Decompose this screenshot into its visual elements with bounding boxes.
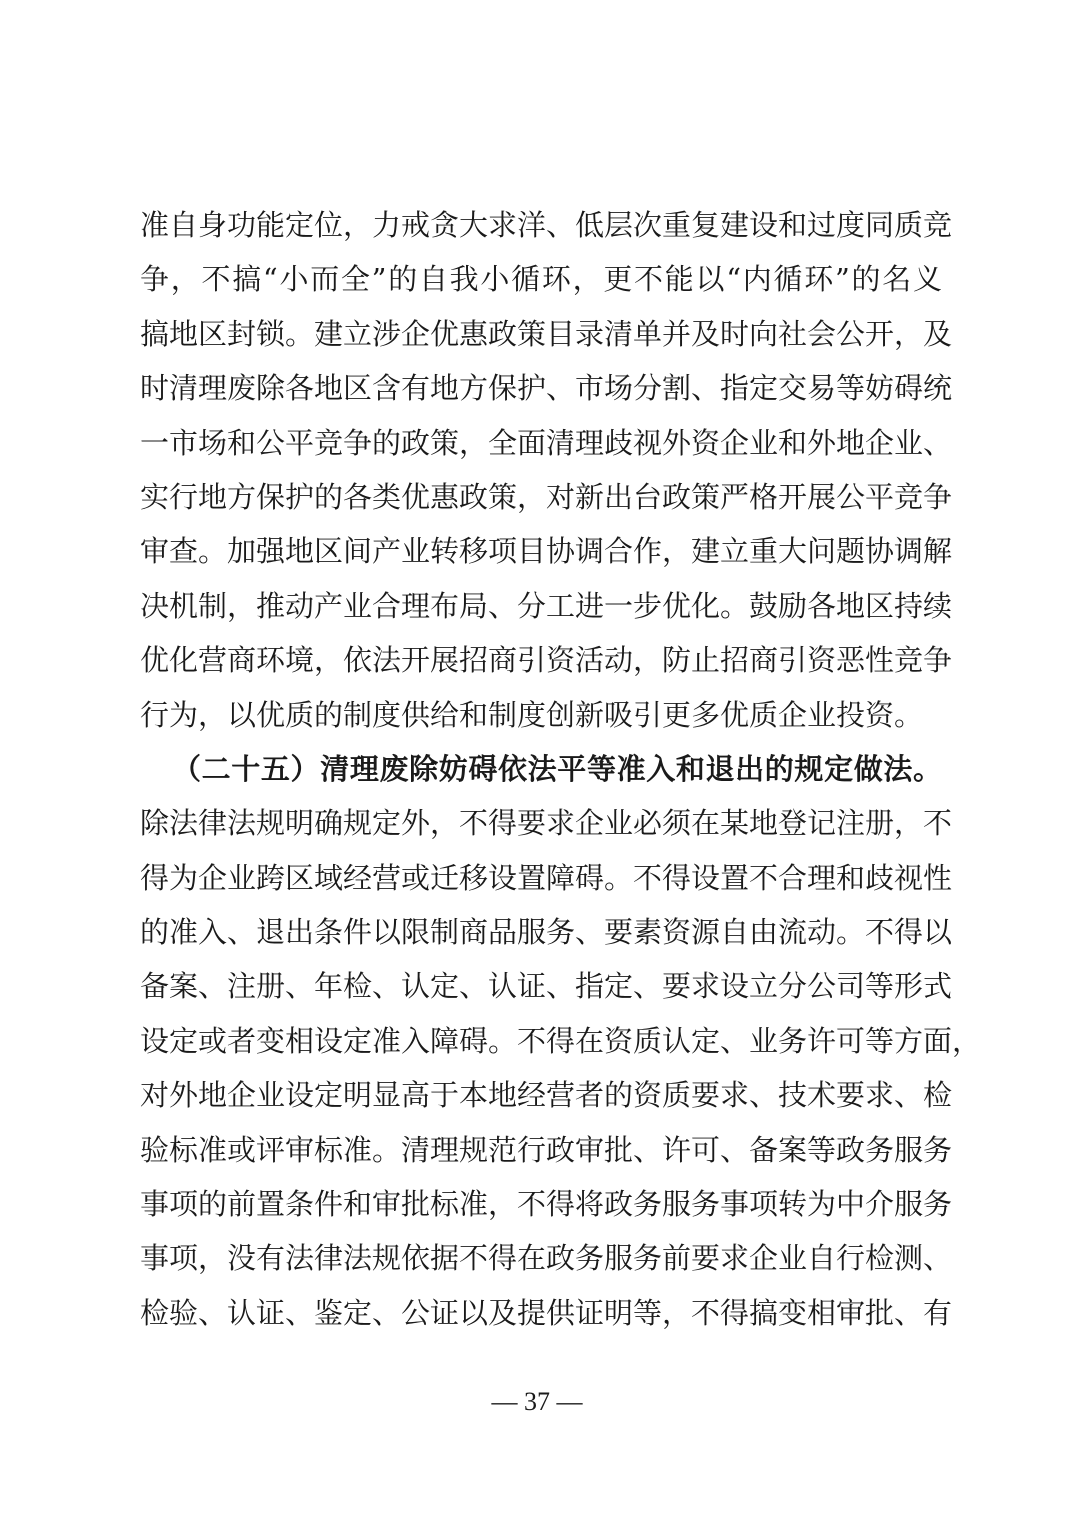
- text-line: 对外地企业设定明显高于本地经营者的资质要求、技术要求、检: [140, 1072, 942, 1126]
- text-line: 除法律法规明确规定外，不得要求企业必须在某地登记注册，不: [140, 800, 942, 854]
- text-line: 备案、注册、年检、认定、认证、指定、要求设立分公司等形式: [140, 963, 942, 1017]
- text-line: 得为企业跨区域经营或迁移设置障碍。不得设置不合理和歧视性: [140, 855, 942, 909]
- text-line: 一市场和公平竞争的政策，全面清理歧视外资企业和外地企业、: [140, 420, 942, 474]
- text-line: 验标准或评审标准。清理规范行政审批、许可、备案等政务服务: [140, 1127, 942, 1181]
- section-heading: （二十五）清理废除妨碍依法平等准入和退出的规定做法。: [140, 746, 942, 800]
- text-line: 行为，以优质的制度供给和制度创新吸引更多优质企业投资。: [140, 692, 942, 746]
- text-line: 争，不搞“小而全”的自我小循环，更不能以“内循环”的名义: [140, 256, 942, 310]
- text-line: 时清理废除各地区含有地方保护、市场分割、指定交易等妨碍统: [140, 365, 942, 419]
- text-line: 设定或者变相设定准入障碍。不得在资质认定、业务许可等方面，: [140, 1018, 942, 1072]
- text-line: 事项，没有法律法规依据不得在政务服务前要求企业自行检测、: [140, 1235, 942, 1289]
- text-line: 事项的前置条件和审批标准，不得将政务服务事项转为中介服务: [140, 1181, 942, 1235]
- page-number: — 37 —: [0, 1387, 1074, 1417]
- body-text: 准自身功能定位，力戒贪大求洋、低层次重复建设和过度同质竞 争，不搞“小而全”的自…: [140, 202, 942, 1344]
- text-line: 决机制，推动产业合理布局、分工进一步优化。鼓励各地区持续: [140, 583, 942, 637]
- text-line: 审查。加强地区间产业转移项目协调合作，建立重大问题协调解: [140, 528, 942, 582]
- text-line: 准自身功能定位，力戒贪大求洋、低层次重复建设和过度同质竞: [140, 202, 942, 256]
- text-line: 检验、认证、鉴定、公证以及提供证明等，不得搞变相审批、有: [140, 1290, 942, 1344]
- text-line: 搞地区封锁。建立涉企优惠政策目录清单并及时向社会公开，及: [140, 311, 942, 365]
- text-line: 实行地方保护的各类优惠政策，对新出台政策严格开展公平竞争: [140, 474, 942, 528]
- document-page: 准自身功能定位，力戒贪大求洋、低层次重复建设和过度同质竞 争，不搞“小而全”的自…: [0, 0, 1074, 1520]
- text-line: 优化营商环境，依法开展招商引资活动，防止招商引资恶性竞争: [140, 637, 942, 691]
- text-line: 的准入、退出条件以限制商品服务、要素资源自由流动。不得以: [140, 909, 942, 963]
